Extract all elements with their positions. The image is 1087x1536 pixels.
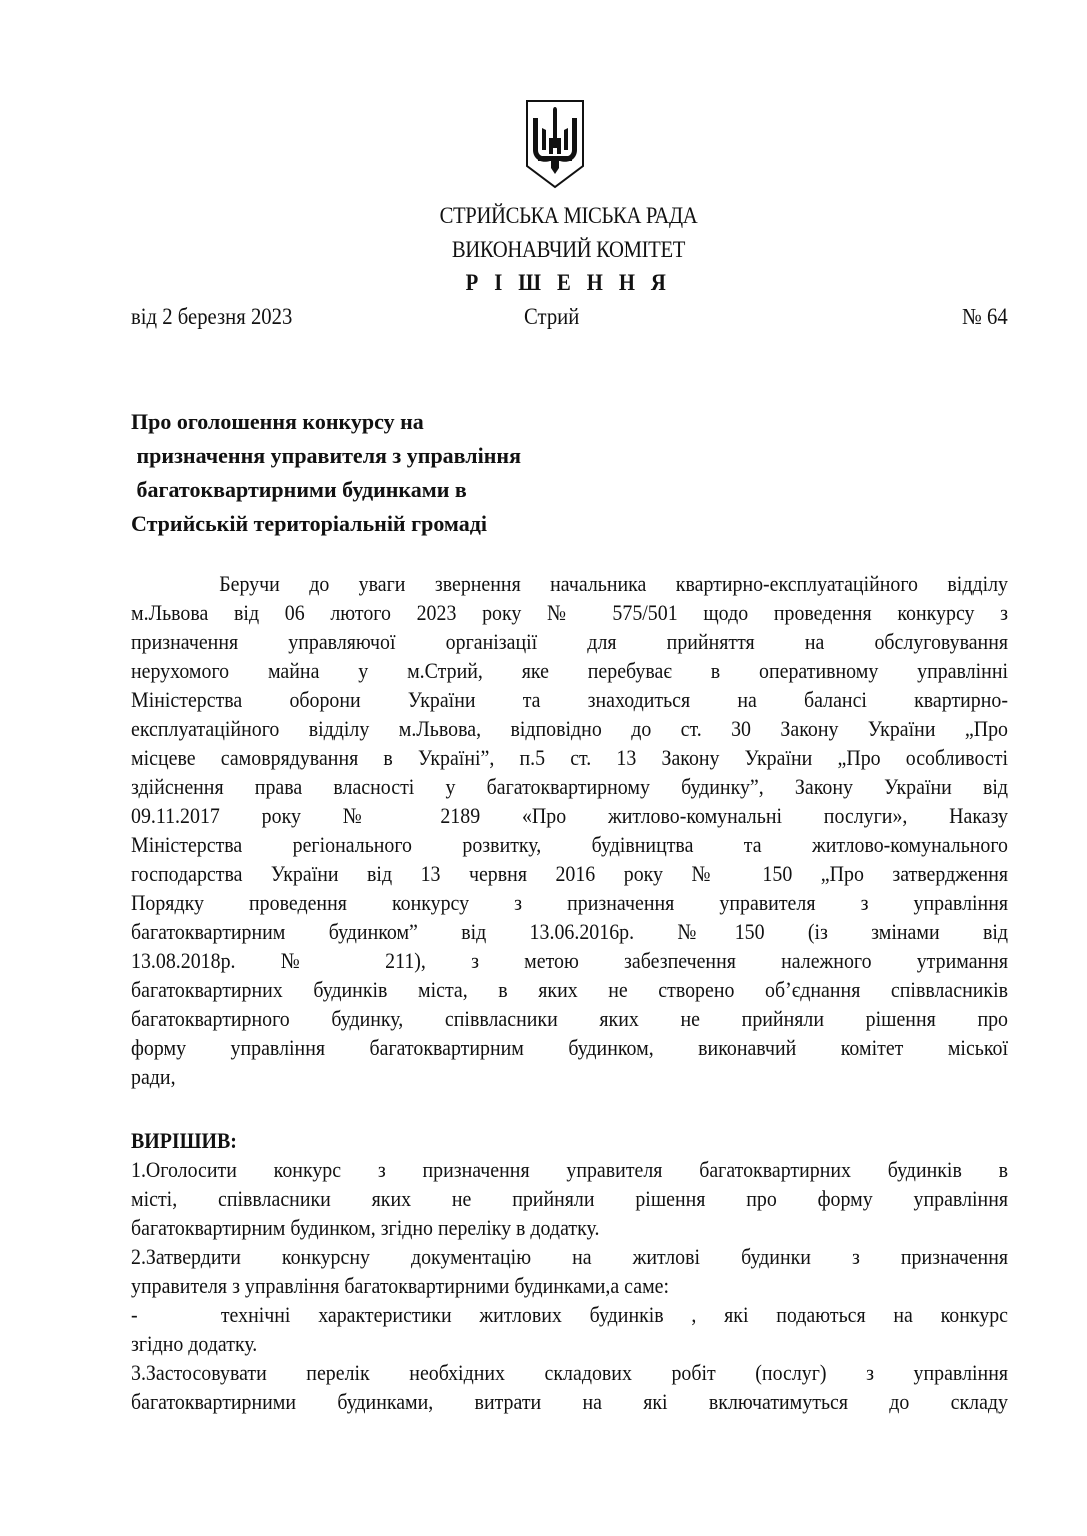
preamble-line: Міністерства регіонального розвитку, буд… (131, 830, 1008, 859)
decision-date: від 2 березня 2023 (131, 304, 292, 330)
decision-section: ВИРІШИВ: 1.Оголосити конкурс з призначен… (131, 1126, 1008, 1416)
subject-line: Стрийській територіальній громаді (131, 507, 521, 541)
preamble-line: 13.08.2018р. № 211), з метою забезпеченн… (131, 946, 1008, 975)
subject-line: багатоквартирними будинками в (131, 473, 521, 507)
preamble: Беручи до уваги звернення начальника ква… (131, 569, 1008, 1091)
decision-number: № 64 (962, 304, 1008, 330)
decision-item-3-line: багатоквартирними будинками, витрати на … (131, 1387, 1008, 1416)
preamble-line: призначення управляючої організації для … (131, 627, 1008, 656)
decision-subject: Про оголошення конкурсу на призначення у… (131, 405, 521, 541)
preamble-line: форму управління багатоквартирним будинк… (131, 1033, 1008, 1062)
preamble-line: місцеве самоврядування в Україні”, п.5 с… (131, 743, 1008, 772)
dateline: від 2 березня 2023 Стрий № 64 (131, 304, 1008, 334)
preamble-line: багатоквартирного будинку, співвласники … (131, 1004, 1008, 1033)
preamble-line: здійснення права власності у багатокварт… (131, 772, 1008, 801)
preamble-line: 09.11.2017 року № 2189 «Про житлово-кому… (131, 801, 1008, 830)
decision-subitem-line: - технічні характеристики житлових будин… (131, 1300, 1008, 1329)
decision-item-1-line: місті, співвласники яких не прийняли ріш… (131, 1184, 1008, 1213)
committee-name: ВИКОНАВЧИЙ КОМІТЕТ (57, 237, 1080, 263)
preamble-line: господарства України від 13 червня 2016 … (131, 859, 1008, 888)
decision-item-1-line: 1.Оголосити конкурс з призначення управи… (131, 1155, 1008, 1184)
decision-city: Стрий (524, 304, 579, 330)
preamble-line: багатоквартирним будинком” від 13.06.201… (131, 917, 1008, 946)
preamble-line: нерухомого майна у м.Стрий, яке перебува… (131, 656, 1008, 685)
document-type-title: Р І Ш Е Н Н Я (57, 270, 1080, 296)
preamble-line: експлуатаційного відділу м.Львова, відпо… (131, 714, 1008, 743)
decision-item-3-line: 3.Застосовувати перелік необхідних склад… (131, 1358, 1008, 1387)
decision-item-2-line: управителя з управління багатоквартирним… (131, 1271, 1008, 1300)
decided-heading: ВИРІШИВ: (131, 1126, 1008, 1155)
subject-line: призначення управителя з управління (131, 439, 521, 473)
preamble-line: Порядку проведення конкурсу з призначенн… (131, 888, 1008, 917)
decision-subitem-line: згідно додатку. (131, 1329, 1008, 1358)
council-name: СТРИЙСЬКА МІСЬКА РАДА (57, 203, 1080, 229)
subject-line: Про оголошення конкурсу на (131, 405, 521, 439)
preamble-line: Міністерства оборони України та знаходит… (131, 685, 1008, 714)
decision-item-1-line: багатоквартирним будинком, згідно перелі… (131, 1213, 1008, 1242)
document-page: СТРИЙСЬКА МІСЬКА РАДА ВИКОНАВЧИЙ КОМІТЕТ… (0, 0, 1087, 1536)
preamble-line: багатоквартирних будинків міста, в яких … (131, 975, 1008, 1004)
preamble-line: Беручи до уваги звернення начальника ква… (131, 569, 1008, 598)
preamble-line: ради, (131, 1062, 1008, 1091)
ukraine-trident-emblem-icon (524, 98, 586, 190)
preamble-line: м.Львова від 06 лютого 2023 року № 575/5… (131, 598, 1008, 627)
decision-item-2-line: 2.Затвердити конкурсну документацію на ж… (131, 1242, 1008, 1271)
